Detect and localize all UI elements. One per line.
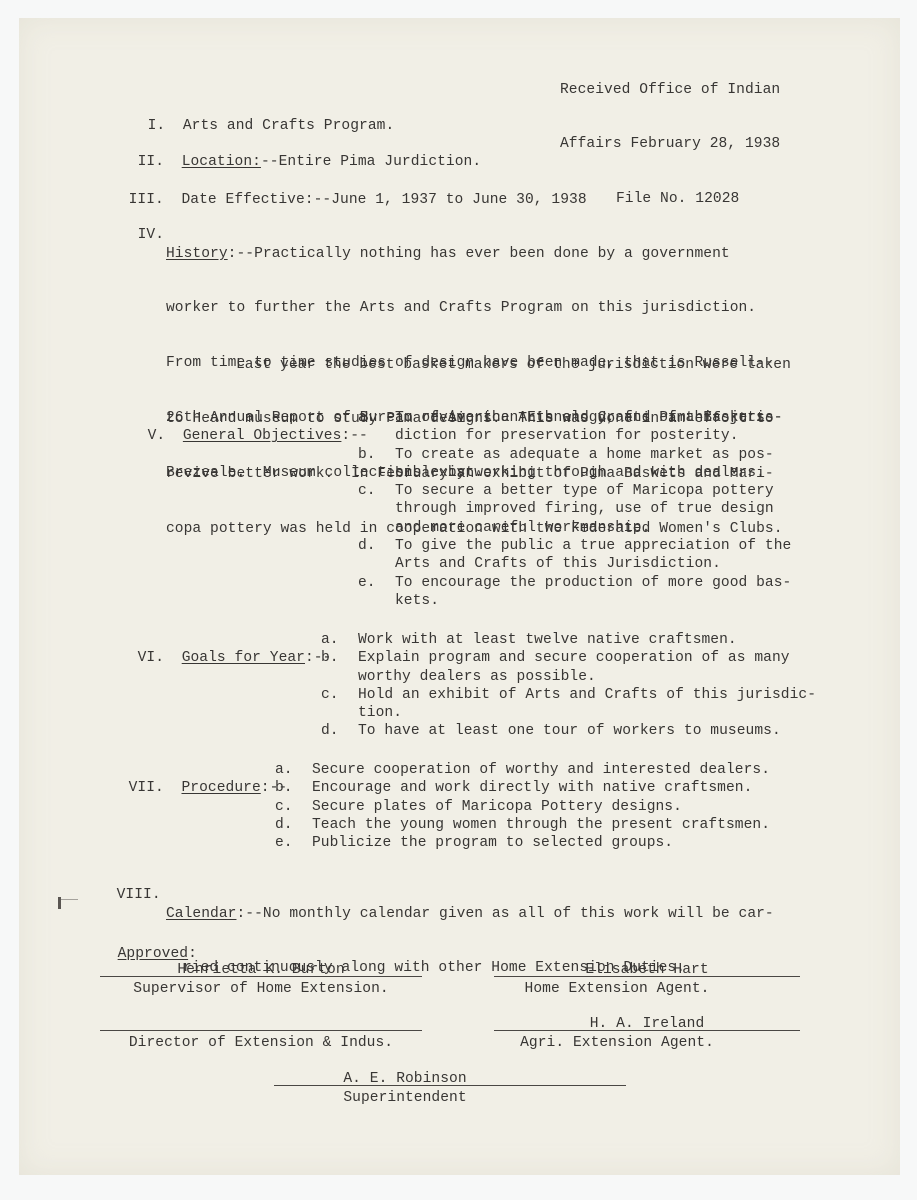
text-line: To create as adequate a home market as p… [395,446,774,464]
text-line: Teach the young women through the presen… [312,816,770,834]
item-text: Encourage and work directly with native … [312,779,752,797]
item-text: Teach the young women through the presen… [312,816,770,834]
list-item: a.Work with at least twelve native craft… [321,631,816,649]
item-letter: b. [321,649,358,686]
text-line: through improved firing, use of true des… [395,500,774,518]
item-text: To create as adequate a home market as p… [395,446,774,483]
list-item: e.To encourage the production of more go… [358,574,791,611]
approved-heading: Approved: [100,927,197,964]
text-line: Explain program and secure cooperation o… [358,649,790,667]
item-letter: a. [275,761,312,779]
item-letter: a. [321,631,358,649]
numeral: V. [148,428,166,444]
section-label: History [166,246,228,262]
signature-title: Home Extension Agent. [494,980,800,998]
list-item: e.Publicize the program to selected grou… [275,834,770,852]
item-letter: c. [358,482,395,537]
signature-line [494,976,800,977]
signature-title: Superintendent [274,1089,626,1107]
text-line: To revive the Arts and Crafts of this ju… [395,409,783,427]
list-item: d.Teach the young women through the pres… [275,816,770,834]
text-line: kets. [395,592,791,610]
approved-label: Approved [118,946,188,962]
text-line: Work with at least twelve native craftsm… [358,631,737,649]
section-vi-items: a.Work with at least twelve native craft… [321,631,816,741]
item-letter: d. [321,722,358,740]
list-item: b.Explain program and secure cooperation… [321,649,816,686]
text-line: tion. [358,704,816,722]
section-iv: IV. [120,208,164,245]
signature-line [100,1030,422,1031]
text-line: Hold an exhibit of Arts and Crafts of th… [358,686,816,704]
section-v-heading: V. General Objectives:-- [130,409,368,446]
section-text: --Entire Pima Jurdiction. [261,154,481,170]
item-text: To have at least one tour of workers to … [358,722,781,740]
section-label: Procedure [181,780,260,796]
signature-line [274,1085,626,1086]
text-line: Publicize the program to selected groups… [312,834,673,852]
numeral: VIII. [117,887,161,903]
list-item: c.Secure plates of Maricopa Pottery desi… [275,798,770,816]
list-item: a.To revive the Arts and Crafts of this … [358,409,791,446]
list-item: c.To secure a better type of Maricopa po… [358,482,791,537]
list-item: a.Secure cooperation of worthy and inter… [275,761,770,779]
text-line: sible by working through and with dealer… [395,464,774,482]
item-text: Explain program and secure cooperation o… [358,649,790,686]
text-line: :--Practically nothing has ever been don… [228,246,730,262]
text-line: Arts and Crafts of this Jurisdiction. [395,555,791,573]
text-line: Last year the best basket makers of the … [166,356,791,374]
section-vi-heading: VI. Goals for Year:-- [120,631,331,668]
item-letter: c. [321,686,358,723]
item-text: Hold an exhibit of Arts and Crafts of th… [358,686,816,723]
text-line: worthy dealers as possible. [358,668,790,686]
section-i: I. Arts and Crafts Program. [130,99,394,136]
list-item: d.To have at least one tour of workers t… [321,722,816,740]
received-stamp: Received Office of Indian Affairs Februa… [560,44,780,227]
signature-title: Agri. Extension Agent. [494,1034,800,1052]
section-label: Calendar [166,906,236,922]
item-letter: e. [275,834,312,852]
numeral: VII. [129,780,164,796]
signature-line [494,1030,800,1031]
section-text: Date Effective:--June 1, 1937 to June 30… [181,192,586,208]
item-letter: e. [358,574,395,611]
section-vii-items: a.Secure cooperation of worthy and inter… [275,761,770,852]
list-item: c.Hold an exhibit of Arts and Crafts of … [321,686,816,723]
item-letter: b. [275,779,312,797]
text-line: diction for preservation for posterity. [395,427,783,445]
text-line: To have at least one tour of workers to … [358,722,781,740]
signature-line [100,976,422,977]
signature-title: Director of Extension & Indus. [100,1034,422,1052]
item-text: To secure a better type of Maricopa pott… [395,482,774,537]
section-iii: III. Date Effective:--June 1, 1937 to Ju… [111,173,587,210]
text-line: Secure plates of Maricopa Pottery design… [312,798,682,816]
item-text: To encourage the production of more good… [395,574,791,611]
signature-title: Supervisor of Home Extension. [100,980,422,998]
item-text: Work with at least twelve native craftsm… [358,631,737,649]
margin-mark [60,899,78,900]
section-label: Location: [182,154,261,170]
item-letter: b. [358,446,395,483]
received-line-1: Received Office of Indian [560,81,780,99]
numeral: I. [148,118,166,134]
section-vii-heading: VII. Procedure:-- [111,761,287,798]
list-item: b.To create as adequate a home market as… [358,446,791,483]
numeral: II. [138,154,164,170]
item-text: Secure plates of Maricopa Pottery design… [312,798,682,816]
item-text: Secure cooperation of worthy and interes… [312,761,770,779]
item-letter: a. [358,409,395,446]
text-line: Secure cooperation of worthy and interes… [312,761,770,779]
item-letter: d. [275,816,312,834]
label-suffix: : [188,946,197,962]
list-item: b.Encourage and work directly with nativ… [275,779,770,797]
section-v-items: a.To revive the Arts and Crafts of this … [358,409,791,610]
section-label: Goals for Year [182,650,305,666]
section-label: General Objectives [183,428,342,444]
section-viii: VIII. [99,868,161,905]
text-line: To secure a better type of Maricopa pott… [395,482,774,500]
list-item: d.To give the public a true appreciation… [358,537,791,574]
item-text: Publicize the program to selected groups… [312,834,673,852]
text-line: worker to further the Arts and Crafts Pr… [166,299,783,317]
text-line: :--No monthly calendar given as all of t… [236,906,773,922]
item-text: To revive the Arts and Crafts of this ju… [395,409,783,446]
text-line: To encourage the production of more good… [395,574,791,592]
item-text: To give the public a true appreciation o… [395,537,791,574]
text-line: and more careful workmanship. [395,519,774,537]
section-ii: II. Location:--Entire Pima Jurdiction. [120,135,481,172]
item-letter: c. [275,798,312,816]
numeral: VI. [138,650,164,666]
numeral: IV. [138,227,164,243]
item-letter: d. [358,537,395,574]
numeral: III. [129,192,164,208]
text-line: To give the public a true appreciation o… [395,537,791,555]
text-line: Encourage and work directly with native … [312,779,752,797]
received-line-2: Affairs February 28, 1938 [560,135,780,153]
section-text: Arts and Crafts Program. [183,118,394,134]
received-line-3: File No. 12028 [560,190,780,208]
